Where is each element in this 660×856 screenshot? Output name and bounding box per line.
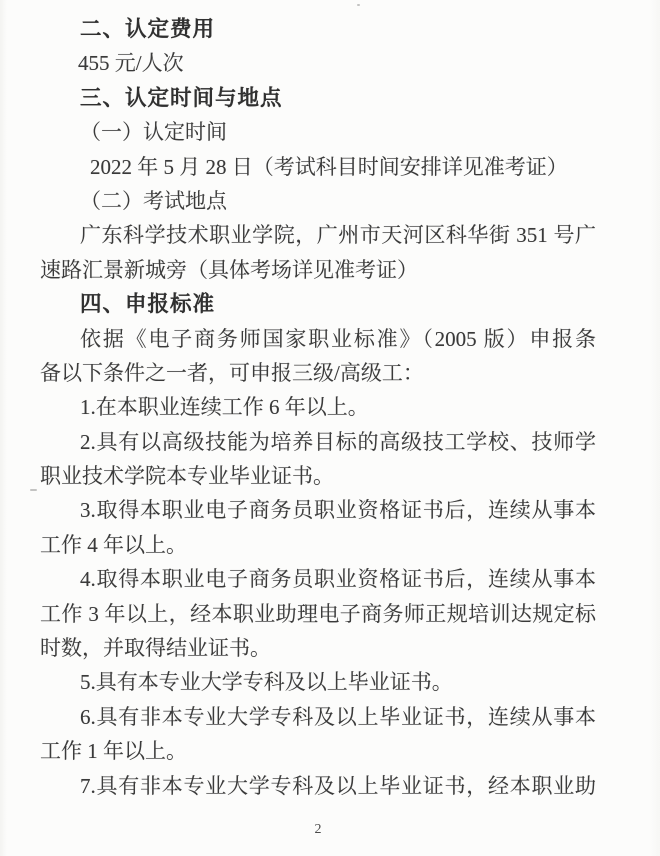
text-line: 速路汇景新城旁（具体考场详见准考证） <box>40 253 596 287</box>
section-heading: 二、认定费用 <box>40 12 596 46</box>
text-line: 2.具有以高级技能为培养目标的高级技工学校、技师学院和 <box>40 425 596 459</box>
document-page: 二、认定费用455 元/人次三、认定时间与地点（一）认定时间2022 年 5 月… <box>0 0 660 856</box>
text-line: 455 元/人次 <box>40 46 596 80</box>
text-line: 7.具有非本专业大学专科及以上毕业证书，经本职业助理电 <box>40 769 596 803</box>
scan-noise-dot <box>357 4 360 6</box>
text-line: 广东科学技术职业学院，广州市天河区科华街 351 号广园快 <box>40 218 596 252</box>
text-line: 工作 3 年以上，经本职业助理电子商务师正规培训达规定标准学 <box>40 597 596 631</box>
text-line: 5.具有本专业大学专科及以上毕业证书。 <box>40 665 596 699</box>
text-line: 职业技术学院本专业毕业证书。 <box>40 459 596 493</box>
section-heading: 四、申报标准 <box>40 287 596 321</box>
text-line: 6.具有非本专业大学专科及以上毕业证书，连续从事本职业 <box>40 700 596 734</box>
text-line: 3.取得本职业电子商务员职业资格证书后，连续从事本职业 <box>40 493 596 527</box>
text-line: 工作 1 年以上。 <box>40 734 596 768</box>
text-line: 工作 4 年以上。 <box>40 528 596 562</box>
section-heading: 三、认定时间与地点 <box>40 81 596 115</box>
document-body: 二、认定费用455 元/人次三、认定时间与地点（一）认定时间2022 年 5 月… <box>40 12 596 803</box>
text-line: （一）认定时间 <box>40 115 596 149</box>
text-line: 4.取得本职业电子商务员职业资格证书后，连续从事本职业 <box>40 562 596 596</box>
text-line: 2022 年 5 月 28 日（考试科目时间安排详见准考证） <box>40 150 596 184</box>
text-line: 备以下条件之一者，可申报三级/高级工： <box>40 356 596 390</box>
page-number: 2 <box>40 822 596 838</box>
text-line: 时数，并取得结业证书。 <box>40 631 596 665</box>
text-line: （二）考试地点 <box>40 184 596 218</box>
scan-noise-dash <box>30 489 37 491</box>
text-line: 依据《电子商务师国家职业标准》（2005 版）申报条件，具 <box>40 322 596 356</box>
text-line: 1.在本职业连续工作 6 年以上。 <box>40 390 596 424</box>
